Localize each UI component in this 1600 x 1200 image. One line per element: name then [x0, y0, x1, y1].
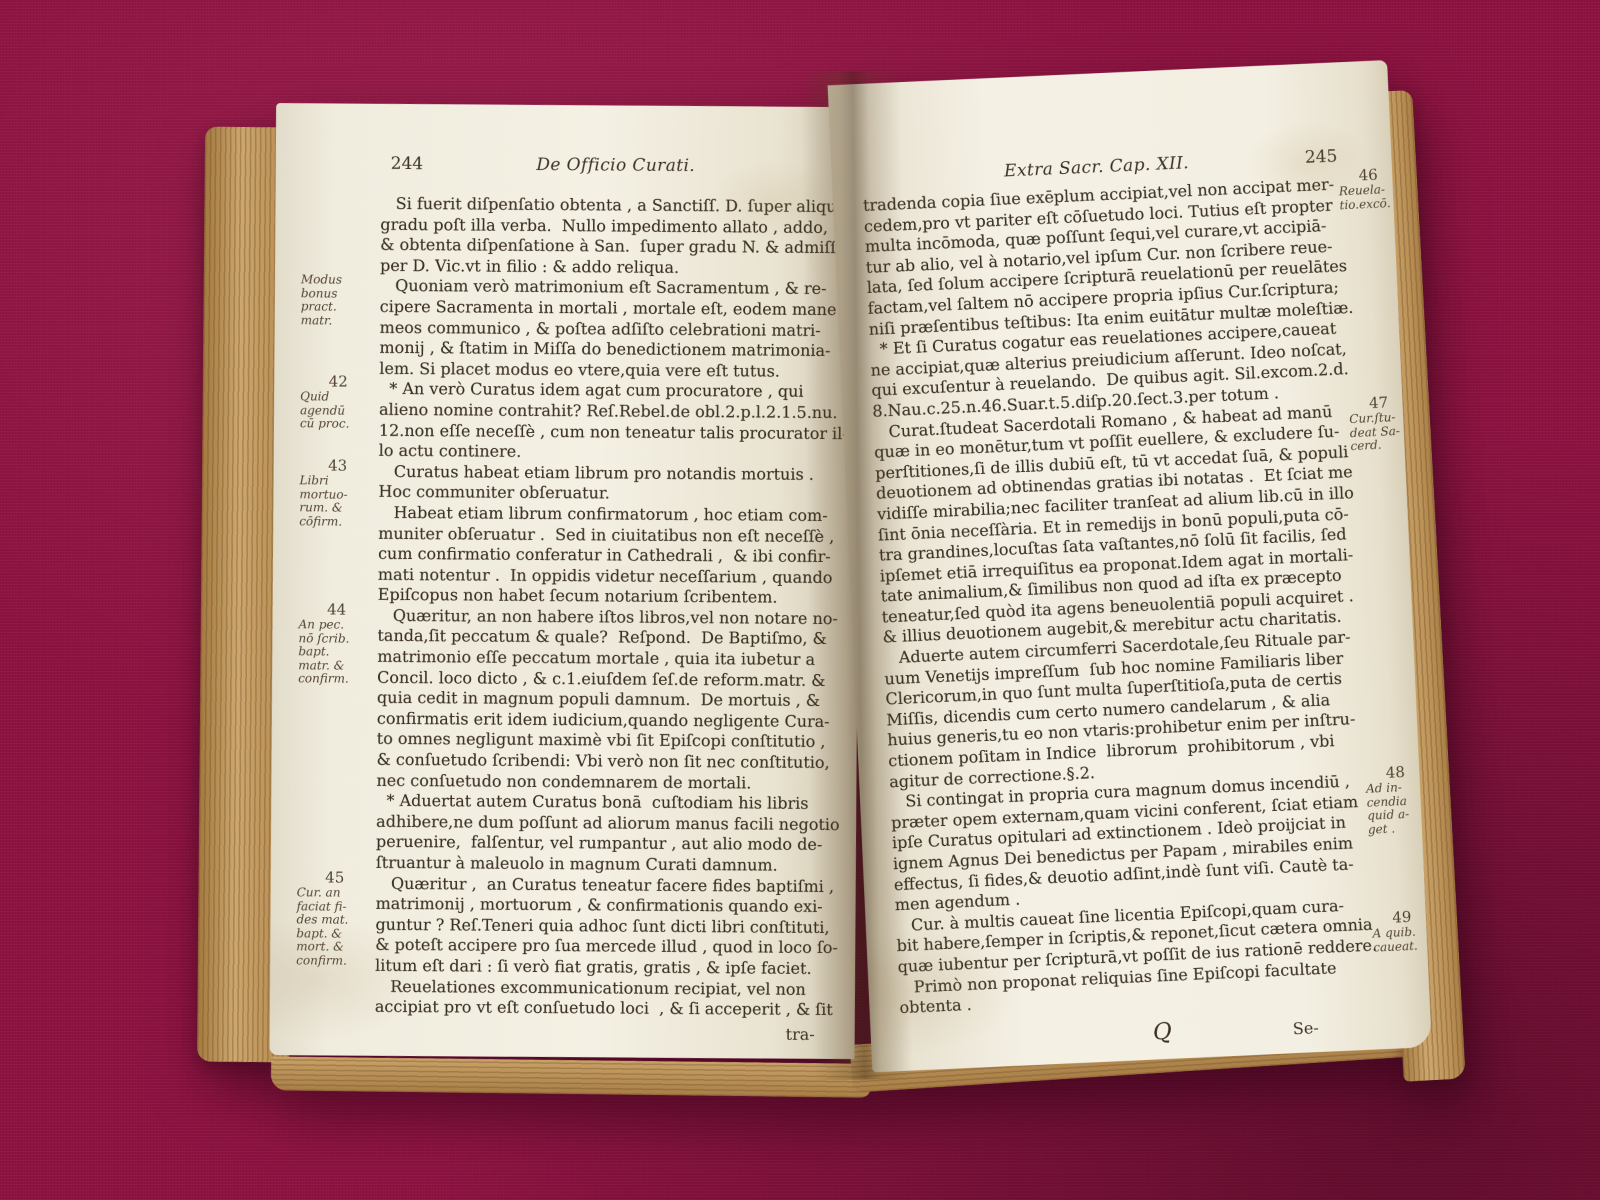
- margin-note-text: An pec. nō ſcrib. bapt. matr. & confirm.: [298, 618, 374, 686]
- margin-note-text: Modus bonus pract. matr.: [301, 273, 377, 328]
- text-line: cum confirmatio conferatur in Cathedrali…: [378, 544, 856, 568]
- text-line: lo actu continere.: [379, 441, 857, 465]
- left-page: 244 De Officio Curati. Modus bonus pract…: [270, 103, 862, 1059]
- signature-mark: Q: [1152, 1019, 1172, 1046]
- margin-note-text: Cur. an faciat fi- des mat. bapt. & mort…: [296, 886, 373, 968]
- margin-note: 45 Cur. an faciat fi- des mat. bapt. & m…: [296, 869, 373, 968]
- catchword: Se-: [1292, 1018, 1319, 1038]
- catchword: tra-: [786, 1025, 815, 1044]
- photo-background-cloth: 244 De Officio Curati. Modus bonus pract…: [0, 0, 1600, 1200]
- left-page-number: 244: [391, 154, 424, 174]
- margin-note-number: 44: [299, 601, 375, 619]
- text-line: accipiat pro vt eſt conſuetudo loci , & …: [375, 997, 853, 1021]
- text-line: Si fuerit diſpenſatio obtenta , a Sancti…: [380, 194, 858, 218]
- margin-note-number: 43: [300, 457, 376, 475]
- text-line: cipere Sacramenta in mortali , mortale e…: [380, 297, 858, 321]
- text-line: Habeat etiam librum confirmatorum , hoc …: [378, 503, 856, 527]
- text-line: & conſuetudo ſcribendi: Vbi verò non ſit…: [377, 750, 855, 774]
- margin-note: 44 An pec. nō ſcrib. bapt. matr. & confi…: [298, 601, 375, 686]
- left-running-title: De Officio Curati.: [381, 154, 851, 177]
- margin-note-text: Libri mortuo- rum. & cōfirm.: [299, 474, 375, 529]
- right-body-text: tradenda copia ſiue exēplum accipiat,vel…: [863, 174, 1380, 1019]
- left-margin-notes: Modus bonus pract. matr. 42 Quid agendū …: [296, 103, 379, 1056]
- margin-note: 42 Quid agendū cū proc.: [300, 373, 376, 431]
- text-line: ſtruantur à maleuolo in magnum Curati da…: [376, 853, 854, 877]
- left-catchword-row: tra-: [375, 1022, 815, 1044]
- right-page: 245 Extra Sacr. Cap. XII. 46 Reuela- tio…: [828, 60, 1432, 1072]
- margin-note-text: A quib. caueat.: [1372, 925, 1433, 955]
- left-body-text: Si fuerit diſpenſatio obtenta , a Sancti…: [375, 194, 859, 1021]
- text-line: litum eſt dari : ſi verò fiat gratis, gr…: [375, 956, 853, 980]
- open-book: 244 De Officio Curati. Modus bonus pract…: [189, 64, 1452, 1119]
- text-line: matrimonio eſſe peccatum mortale , quia …: [377, 647, 855, 671]
- margin-note: 43 Libri mortuo- rum. & cōfirm.: [299, 457, 375, 529]
- margin-note: 47 Cur.ſtu- deat Sa- cerd.: [1348, 393, 1411, 453]
- margin-note-number: 45: [297, 869, 373, 887]
- book-bottom-edge-left: [271, 1056, 871, 1097]
- margin-note-number: 42: [300, 373, 376, 391]
- margin-note: 49 A quib. caueat.: [1372, 908, 1434, 955]
- margin-note-text: Reuela- tio.excō.: [1339, 183, 1400, 213]
- margin-note-text: Quid agendū cū proc.: [300, 390, 376, 431]
- margin-note: 48 Ad in- cendia quid a- get .: [1365, 763, 1428, 837]
- margin-note: Modus bonus pract. matr.: [301, 273, 377, 328]
- margin-note-text: Ad in- cendia quid a- get .: [1366, 780, 1428, 837]
- left-page-header: 244 De Officio Curati.: [381, 154, 851, 181]
- margin-note-text: Cur.ſtu- deat Sa- cerd.: [1349, 410, 1411, 453]
- text-line: alieno nomine contrahit? Reſ.Rebel.de ob…: [379, 400, 857, 424]
- right-page-number: 245: [1304, 146, 1337, 167]
- margin-note: 46 Reuela- tio.excō.: [1338, 166, 1400, 213]
